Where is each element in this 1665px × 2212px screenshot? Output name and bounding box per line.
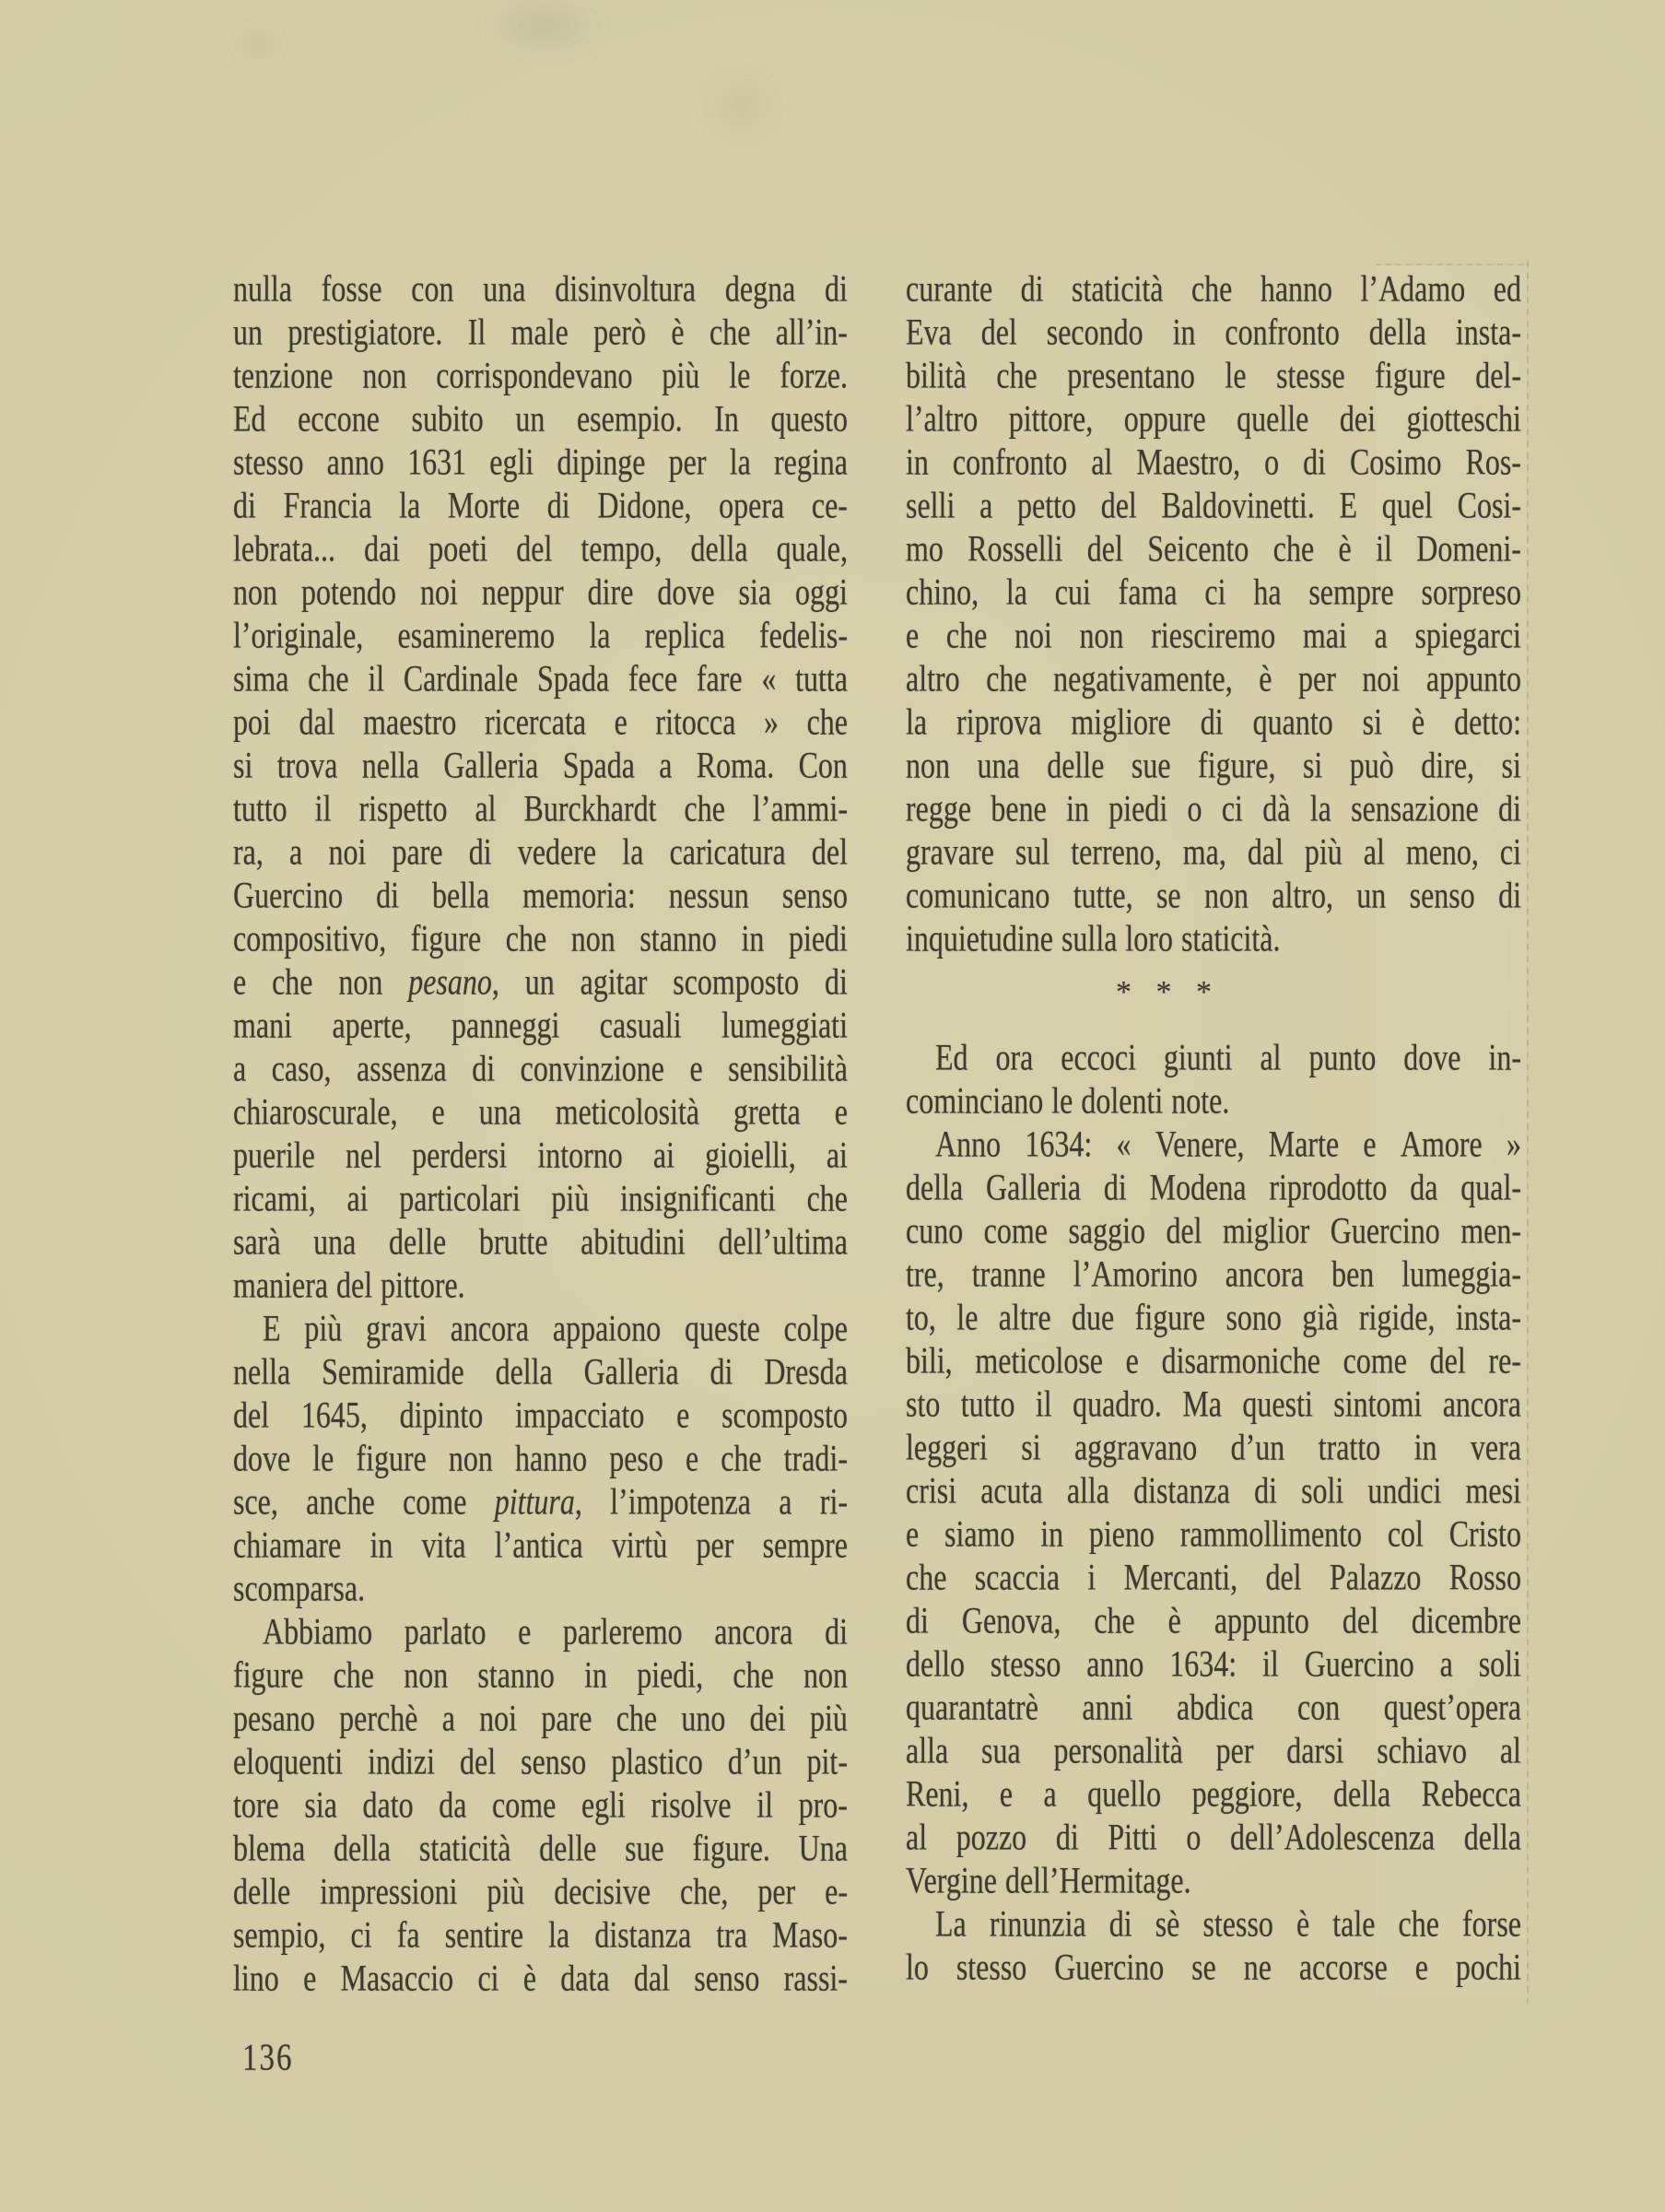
text-line: inquietudinesullalorostaticità. [906,912,1521,966]
text-line: lostessoGuercinoseneaccorseepochi [906,1940,1521,1994]
paper-stain [686,55,797,157]
right-column-lower: Edoraeccocigiuntialpuntodovein-comincian… [906,1036,1521,1989]
scan-crease-line [1527,261,1529,2003]
section-separator: * * * [906,971,1521,1014]
paper-stain [230,20,286,68]
right-column-upper: curantedistaticitàchehannol’AdamoedEvade… [906,267,1521,960]
left-column: nullafosseconunadisinvolturadegnadiunpre… [233,267,848,2000]
book-page: nullafosseconunadisinvolturadegnadiunpre… [0,0,1665,2212]
text-line: linoeMasacciocièdatadalsensorassi- [233,1951,848,2006]
page-number: 136 [242,2031,294,2086]
paper-stain [461,0,627,69]
